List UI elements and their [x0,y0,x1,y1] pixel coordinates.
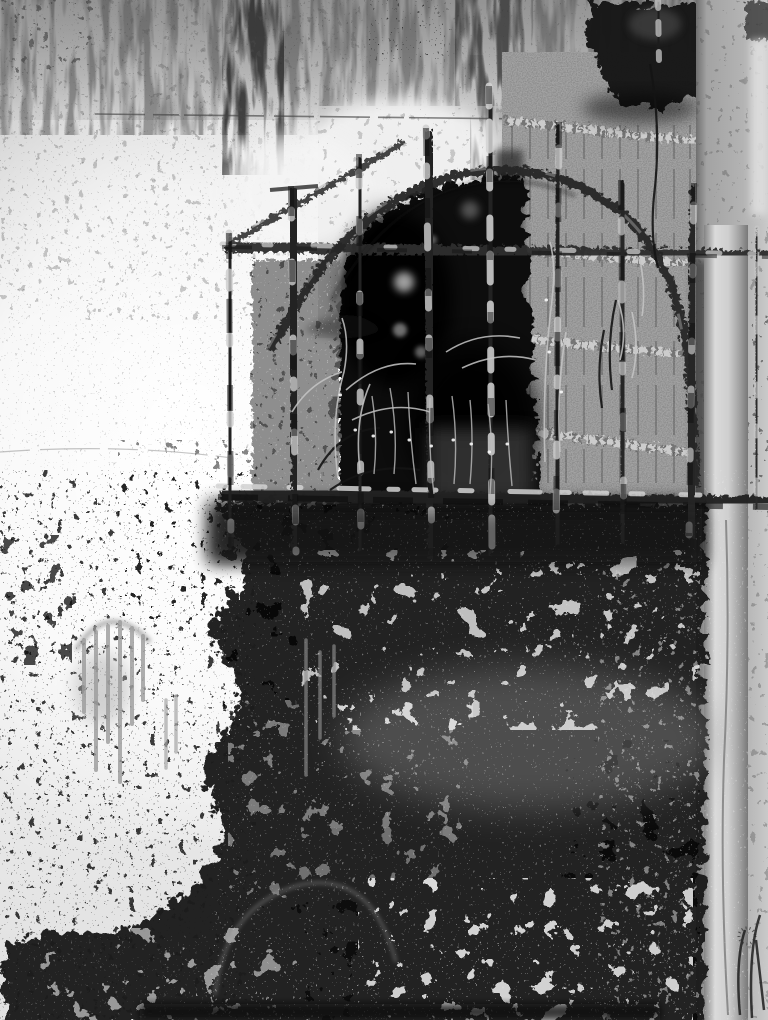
pillar-corner-dark [744,0,768,38]
broken-concrete-chunk [582,0,700,123]
right-pillar [692,0,768,1020]
bar-2 [291,186,296,552]
bokeh-1 [394,272,414,292]
bar-7 [621,180,624,542]
bokeh-2 [393,323,407,337]
photograph-viewport [0,0,768,1020]
bar-stub-paint [658,0,659,62]
chunk-shadow [582,93,698,123]
bar-3 [359,154,361,548]
bar-6 [556,122,559,546]
bar-8 [689,183,694,536]
grunge-wall-photograph [0,0,768,1020]
pillar-bright-streak [751,40,768,215]
bar-1 [229,233,231,548]
sill-sink-shadow [210,512,704,564]
bokeh-3 [461,201,479,219]
bar-stub-top [658,0,659,62]
bar-4 [426,128,432,556]
bar-9 [756,228,757,506]
bottom-dark-band [140,1004,660,1020]
leftedge-blobs [0,535,72,665]
